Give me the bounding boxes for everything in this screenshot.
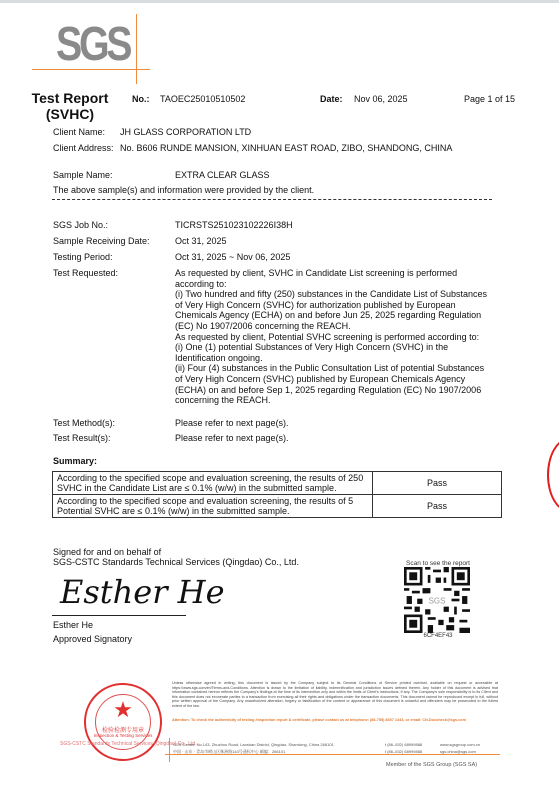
- signatory-name: Esther He: [53, 620, 93, 631]
- official-seal: ★ 检验检测专用章 Inspection & Testing Services: [84, 683, 162, 761]
- address-chinese: 中国 · 山东 · 青岛市崂山区株洲路143号通标中心 邮编：266101: [173, 748, 334, 755]
- page-indicator: Page 1 of 15: [464, 94, 515, 105]
- receiving-date: Oct 31, 2025: [175, 236, 227, 247]
- test-requested-text: As requested by client, SVHC in Candidat…: [175, 268, 505, 406]
- seal-text-en: Inspection & Testing Services: [86, 733, 160, 738]
- sgs-logo: SGS: [52, 16, 142, 74]
- report-title-line1: Test Report: [30, 90, 110, 106]
- requested-line: (i) Two hundred and fifty (250) substanc…: [175, 289, 505, 300]
- signature-line: [52, 615, 186, 616]
- summary-result: Pass: [373, 472, 502, 495]
- date-label: Date:: [320, 94, 343, 105]
- sample-name-label: Sample Name:: [53, 170, 113, 181]
- testing-period: Oct 31, 2025 ~ Nov 06, 2025: [175, 252, 290, 263]
- logo-horizontal-rule: [32, 69, 150, 70]
- authenticity-notice: Attention: To check the authenticity of …: [172, 718, 498, 723]
- test-requested-label: Test Requested:: [53, 268, 118, 279]
- table-row: According to the specified scope and eva…: [53, 472, 502, 495]
- client-name: JH GLASS CORPORATION LTD: [120, 127, 251, 138]
- signature: Esther He: [60, 573, 225, 611]
- client-address-label: Client Address:: [53, 143, 114, 154]
- test-result: Please refer to next page(s).: [175, 433, 289, 444]
- signatory-role: Approved Signatory: [53, 634, 132, 645]
- requested-line: concerning the REACH.: [175, 395, 505, 406]
- footer-vertical-rule: [169, 738, 170, 762]
- phone-1: t (86–532) 68999888: [385, 741, 422, 748]
- sgs-logo-text: SGS: [56, 20, 129, 70]
- website-link[interactable]: www.sgsgroup.com.cn: [440, 741, 480, 748]
- report-title-line2: (SVHC): [30, 106, 110, 122]
- qr-code-icon[interactable]: SGS: [404, 567, 470, 633]
- partial-stamp-edge: [547, 438, 559, 512]
- requested-line: Identification ongoing.: [175, 353, 505, 364]
- summary-table: According to the specified scope and eva…: [52, 471, 502, 518]
- requested-line: according to:: [175, 279, 505, 290]
- qr-caption: Scan to see the report: [396, 560, 480, 567]
- report-number-label: No.:: [132, 94, 150, 105]
- member-note: Member of the SGS Group (SGS SA): [386, 762, 477, 768]
- sample-name: EXTRA CLEAR GLASS: [175, 170, 270, 181]
- job-number-label: SGS Job No.:: [53, 220, 108, 231]
- summary-heading: Summary:: [53, 456, 97, 467]
- footer-address: SGS Center, No.143, Zhuzhou Road, Laosha…: [173, 741, 334, 755]
- requested-line: (ii) Four (4) substances in the Public C…: [175, 363, 505, 374]
- footer-contacts: www.sgsgroup.com.cn sgs.china@sgs.com: [440, 741, 480, 755]
- test-method: Please refer to next page(s).: [175, 418, 289, 429]
- table-row: According to the specified scope and eva…: [53, 495, 502, 518]
- summary-result: Pass: [373, 495, 502, 518]
- summary-text: According to the specified scope and eva…: [53, 472, 373, 495]
- client-name-label: Client Name:: [53, 127, 105, 138]
- legal-disclaimer: Unless otherwise agreed in writing, this…: [172, 681, 498, 709]
- footer-phones: t (86–532) 68999888 t (86–532) 68999888: [385, 741, 422, 755]
- requested-line: (EC) No 1907/2006 concerning the REACH.: [175, 321, 505, 332]
- requested-line: As requested by client, Potential SVHC s…: [175, 332, 505, 343]
- report-date: Nov 06, 2025: [354, 94, 408, 105]
- requested-line: Chemicals Agency (ECHA) on and before Ju…: [175, 310, 505, 321]
- requested-line: As requested by client, SVHC in Candidat…: [175, 268, 505, 279]
- test-method-label: Test Method(s):: [53, 418, 115, 429]
- test-result-label: Test Result(s):: [53, 433, 111, 444]
- sample-note: The above sample(s) and information were…: [53, 185, 314, 196]
- requested-line: of Very High Concern (SVHC) published by…: [175, 374, 505, 385]
- qr-verification-code: 6CF4EF43: [396, 633, 480, 639]
- report-number: TAOEC25010510502: [160, 94, 245, 105]
- section-divider: [52, 199, 492, 200]
- address-english: SGS Center, No.143, Zhuzhou Road, Laosha…: [173, 741, 334, 748]
- email-link[interactable]: sgs.china@sgs.com: [440, 748, 480, 755]
- viewer-top-border: [0, 0, 559, 3]
- phone-2: t (86–532) 68999888: [385, 748, 422, 755]
- requested-line: of Very High Concern (SVHC) for authoriz…: [175, 300, 505, 311]
- signing-company: SGS-CSTC Standards Technical Services (Q…: [53, 557, 299, 568]
- report-title: Test Report (SVHC): [30, 90, 110, 122]
- requested-line: (i) One (1) potential Substances of Very…: [175, 342, 505, 353]
- requested-line: (ECHA) on and before Sep 1, 2025 regardi…: [175, 385, 505, 396]
- logo-vertical-rule: [136, 14, 137, 84]
- job-number: TICRSTS251023102226I38H: [175, 220, 293, 231]
- client-address: No. B606 RUNDE MANSION, XINHUAN EAST ROA…: [120, 143, 452, 154]
- summary-text: According to the specified scope and eva…: [53, 495, 373, 518]
- testing-period-label: Testing Period:: [53, 252, 113, 263]
- receiving-date-label: Sample Receiving Date:: [53, 236, 150, 247]
- svg-text:SGS: SGS: [429, 596, 446, 605]
- star-icon: ★: [86, 699, 160, 721]
